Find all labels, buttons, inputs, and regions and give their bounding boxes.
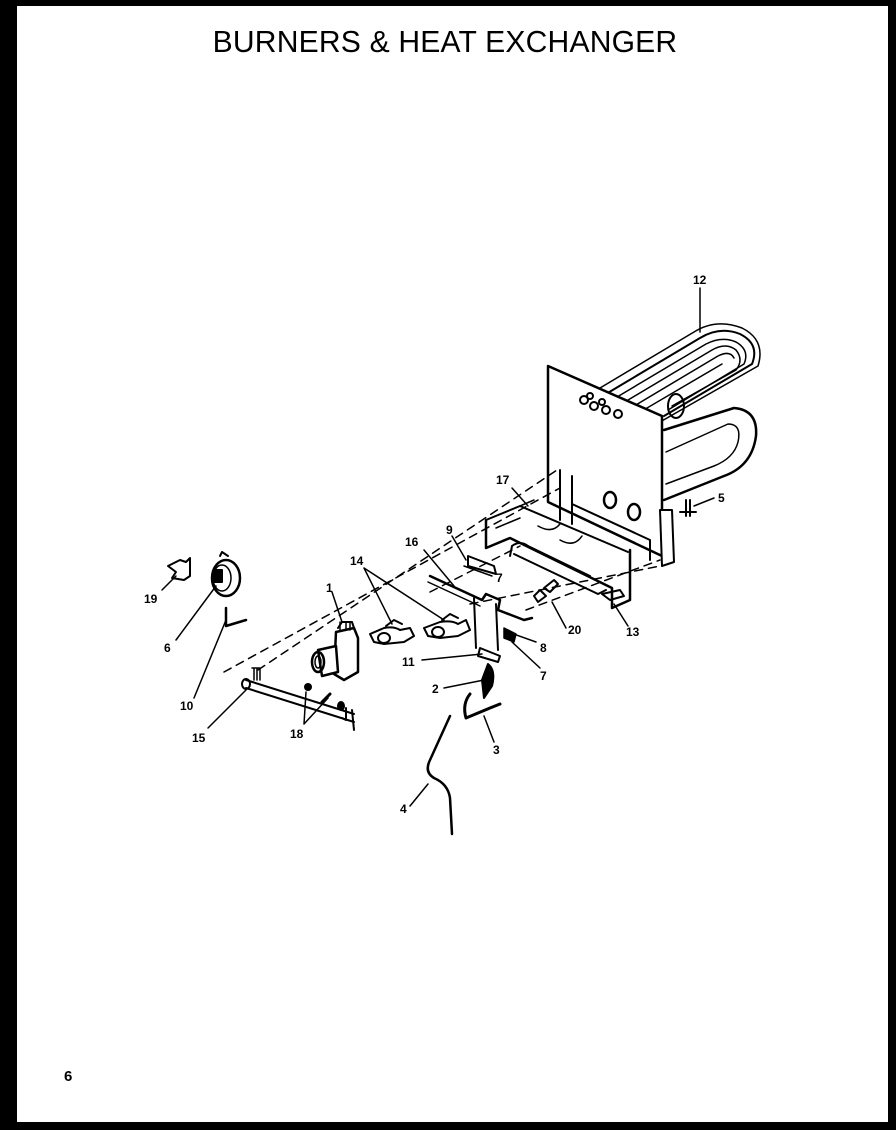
- igniter: [465, 664, 500, 718]
- callout-19: 19: [144, 592, 158, 606]
- callout-8-bracket: 8: [540, 641, 547, 655]
- callout-14: 14: [350, 554, 364, 568]
- gas-valve: [312, 622, 358, 680]
- pressure-switch-bracket: [168, 558, 190, 580]
- callout-13: 13: [626, 625, 640, 639]
- callout-7-upper: 7: [496, 571, 503, 585]
- burners: [370, 614, 470, 644]
- pressure-switch: [212, 552, 240, 596]
- callout-11: 11: [402, 655, 415, 669]
- callout-4: 4: [400, 802, 407, 816]
- callout-12: 12: [693, 273, 707, 287]
- callout-5: 5: [718, 491, 725, 505]
- callout-16: 16: [405, 535, 419, 549]
- callout-18: 18: [290, 727, 304, 741]
- callout-15: 15: [192, 731, 206, 745]
- callout-leaders: [162, 288, 714, 806]
- tubing: [226, 608, 246, 626]
- callout-17: 17: [496, 473, 510, 487]
- callout-7-lower: 7: [540, 669, 547, 683]
- callout-2: 2: [432, 682, 439, 696]
- heat-exchanger: [548, 324, 760, 566]
- callout-1: 1: [326, 581, 333, 595]
- callout-6: 6: [164, 641, 171, 655]
- igniter-lead: [428, 716, 452, 834]
- callout-20: 20: [568, 623, 582, 637]
- callout-10: 10: [180, 699, 194, 713]
- page-number: 6: [64, 1068, 72, 1085]
- callout-9: 9: [446, 523, 453, 537]
- callout-3: 3: [493, 743, 500, 757]
- exploded-parts-diagram: 12 5 17 16 9 7 14 1 20 13 8 7 11 2 3 4 1…: [0, 0, 896, 1130]
